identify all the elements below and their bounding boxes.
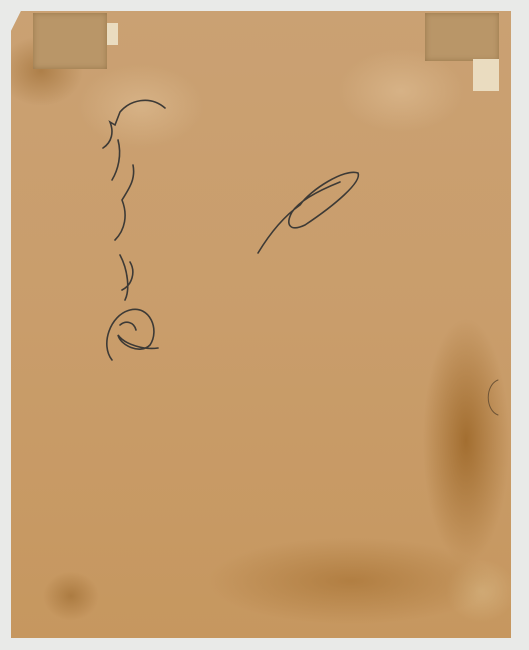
pencil-inscriptions bbox=[0, 0, 529, 650]
vertical-signature bbox=[103, 100, 165, 360]
center-mark bbox=[258, 172, 358, 253]
